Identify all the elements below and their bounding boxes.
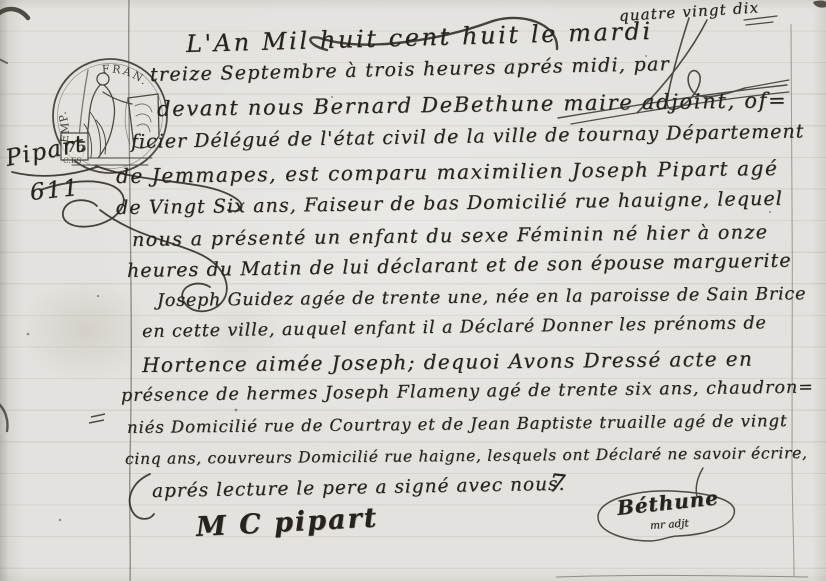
closing-line-bracket	[130, 474, 154, 519]
body-line-6: de Vingt Six ans, Faiseur de bas Domicil…	[116, 188, 783, 219]
body-line-11: Hortence aimée Joseph; dequoi Avons Dres…	[142, 347, 753, 377]
father-signature: M C pipart	[195, 502, 379, 543]
official-signature-title: mr adjt	[650, 517, 690, 532]
document-page: FRAN. EMP. 75 C.ES	[0, 0, 826, 581]
body-line-2: treize Septembre à trois heures aprés mi…	[150, 53, 670, 86]
body-line-12: présence de hermes Joseph Flameny agé de…	[121, 378, 814, 406]
body-line-7: nous a présenté un enfant du sexe Fémini…	[132, 221, 769, 251]
body-line-15: aprés lecture le pere a signé avec nous.	[152, 474, 566, 502]
closing-mark: 7	[547, 468, 566, 499]
left-margin-dash	[89, 414, 105, 423]
body-line-3: devant nous Bernard DeBethune maire adjo…	[157, 88, 788, 121]
body-line-13: niés Domicilié rue de Courtray et de Jea…	[127, 411, 788, 437]
body-line-10: en cette ville, auquel enfant il a Décla…	[142, 313, 767, 342]
margin-name: Pipart	[4, 131, 88, 172]
body-line-5: de Jemmapes, est comparu maximilien Jose…	[116, 156, 779, 188]
body-line-1: L'An Mil huit cent huit le mardi	[186, 17, 654, 58]
stamp-arc-top-text: FRAN.	[102, 62, 152, 88]
body-line-14: cinq ans, couvreurs Domicilié rue haigne…	[125, 444, 808, 468]
body-line-4: ficier Délégué de l'état civil de la vil…	[131, 120, 805, 153]
margin-act-number: 611	[29, 175, 81, 206]
body-line-8: heures du Matin de lui déclarant et de s…	[127, 250, 792, 282]
official-signature: Béthune	[616, 485, 720, 520]
body-line-9: Joseph Guidez agée de trente une, née en…	[157, 284, 806, 311]
